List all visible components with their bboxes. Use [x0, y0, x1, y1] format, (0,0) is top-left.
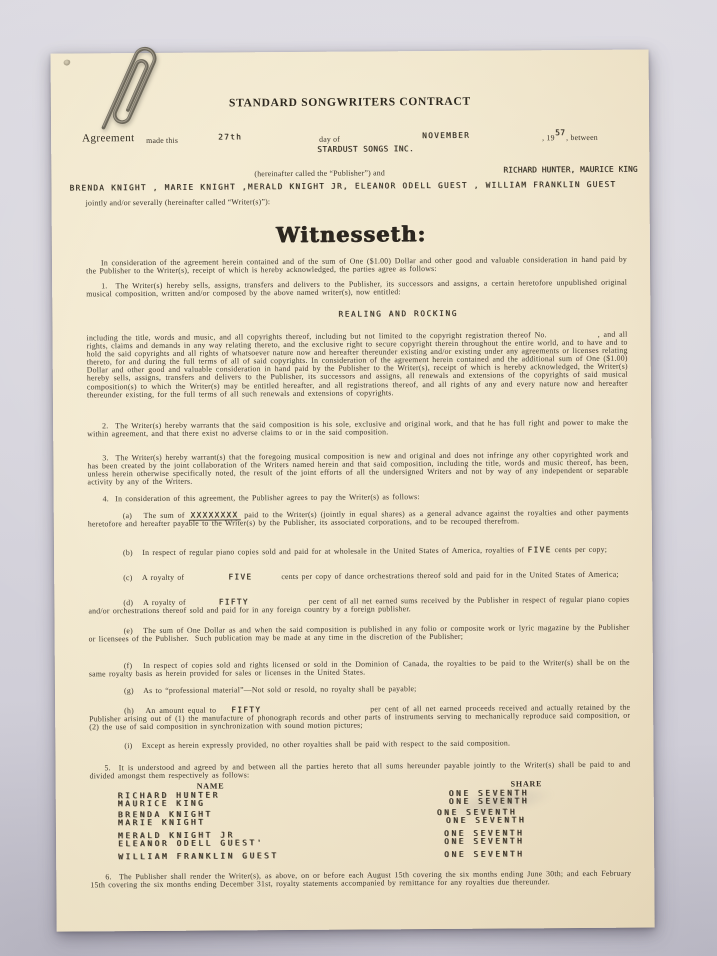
between-label: , between [566, 133, 598, 142]
writer-share: ONE SEVENTH [444, 836, 524, 846]
clause-4f: (f) In respect of copies sold and rights… [89, 659, 630, 679]
intro-paragraph: In consideration of the agreement herein… [86, 256, 627, 276]
clause-3: 3. The Writer(s) hereby warrant(s) that … [87, 451, 628, 487]
clause-4b-text-cont: cents per copy; [551, 545, 607, 554]
writer-share: ONE SEVENTH [444, 849, 524, 859]
writer-name: MAURICE KING [118, 799, 206, 809]
dance-royalty-fill: FIVE [184, 573, 281, 582]
clause-4b-text: (b) In respect of regular piano copies s… [123, 545, 528, 557]
publisher-company: STARDUST SONGS INC. [317, 144, 414, 154]
day-value: 27th [218, 132, 242, 141]
clause-4e: (e) The sum of One Dollar as and when th… [89, 624, 630, 644]
writer-name: MARIE KNIGHT [118, 818, 206, 828]
clause-4c-text-cont: cents per copy of dance orchestrations t… [281, 570, 618, 581]
clause-4g: (g) As to “professional material”—Not so… [89, 684, 630, 696]
day-of-label: day of [319, 135, 340, 144]
year-typed: 57 [555, 128, 565, 137]
song-title: REALING AND ROCKING [338, 309, 458, 319]
staple-mark [64, 60, 71, 66]
clause-4: 4. In consideration of this agreement, t… [88, 492, 629, 504]
clause-1: 1. The Writer(s) hereby sells, assigns, … [86, 279, 627, 299]
share-column-header: SHARE [511, 779, 543, 788]
clause-6: 6. The Publisher shall render the Writer… [90, 870, 631, 890]
writer-share: ONE SEVENTH [446, 815, 526, 825]
clause-4c: (c) A royalty ofFIVEcents per copy of da… [88, 571, 629, 583]
piano-royalty-fill: FIVE [527, 545, 551, 554]
clause-2: 2. The Writer(s) hereby warrants that th… [87, 419, 628, 439]
witnesseth-heading: Witnesseth: [52, 219, 650, 248]
clause-4h: (h) An amount equal toFIFTYper cent of a… [89, 704, 630, 732]
month-value: NOVEMBER [422, 131, 470, 140]
publisher-clause: (hereinafter called the “Publisher”) and [254, 168, 385, 178]
clause-4b: (b) In respect of regular piano copies s… [88, 546, 629, 558]
photo-scene: { "colors":{"backdrop":"#d6d4db","paper"… [0, 0, 717, 956]
name-column-header: NAME [197, 781, 225, 790]
clause-4d: (d) A royalty ofFIFTYper cent of all net… [88, 596, 629, 616]
writer-name: ELEANOR ODELL GUEST' [118, 838, 264, 848]
clause-4i: (i) Except as herein expressly provided,… [89, 739, 630, 751]
contract-paper: STANDARD SONGWRITERS CONTRACT Agreement … [51, 50, 655, 932]
clause-1-continuation: including the title, words and music, an… [87, 331, 628, 400]
table-row: WILLIAM FRANKLIN GUESTONE SEVENTH [90, 849, 631, 862]
paperclip-icon [92, 38, 168, 146]
jointly-clause: jointly and/or severally (hereinafter ca… [86, 197, 271, 207]
writer-share: ONE SEVENTH [449, 796, 529, 806]
writers-line1: RICHARD HUNTER, MAURICE KING [503, 165, 637, 175]
clause-4a: (a) The sum of XXXXXXXX paid to the Writ… [88, 509, 629, 529]
clause-4c-text: (c) A royalty of [123, 573, 184, 582]
writer-name: WILLIAM FRANKLIN GUEST [118, 851, 279, 861]
year-printed: , 19 [542, 133, 555, 142]
writers-line2: BRENDA KNIGHT , MARIE KNIGHT ,MERALD KNI… [69, 180, 616, 193]
